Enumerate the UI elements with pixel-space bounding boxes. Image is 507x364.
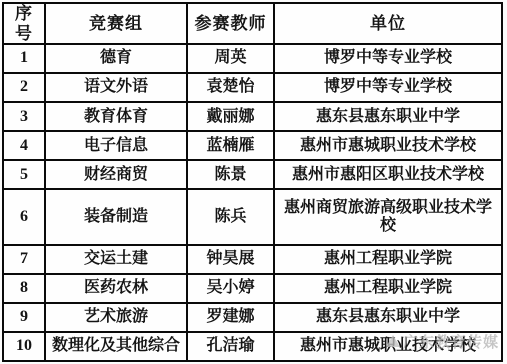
cell-seq: 9 [3, 303, 45, 332]
cell-unit: 惠州市惠阳区职业技术学校 [274, 160, 502, 189]
cell-unit: 惠东县惠东职业中学 [274, 303, 502, 332]
header-row: 序号竞赛组参赛教师单位 [3, 3, 502, 44]
cell-group: 教育体育 [45, 102, 187, 131]
cell-seq: 10 [3, 332, 45, 361]
cell-unit: 惠东县惠东职业中学 [274, 102, 502, 131]
table-row: 3教育体育戴丽娜惠东县惠东职业中学 [3, 102, 502, 131]
cell-seq: 6 [3, 189, 45, 244]
cell-teacher: 陈兵 [187, 189, 274, 244]
table-row: 8医药农林吴小婷惠州工程职业学院 [3, 274, 502, 303]
cell-unit: 博罗中等专业学校 [274, 44, 502, 73]
cell-teacher: 孔洁瑜 [187, 332, 274, 361]
cell-unit: 惠州商贸旅游高级职业技术学校 [274, 189, 502, 244]
table-row: 4电子信息蓝楠雁惠州市惠城职业技术学校 [3, 131, 502, 160]
cell-seq: 3 [3, 102, 45, 131]
cell-group: 德育 [45, 44, 187, 73]
cell-teacher: 周英 [187, 44, 274, 73]
column-header-teacher: 参赛教师 [187, 3, 274, 44]
cell-teacher: 蓝楠雁 [187, 131, 274, 160]
cell-seq: 7 [3, 245, 45, 274]
column-header-group: 竞赛组 [45, 3, 187, 44]
cell-unit: 惠州市惠城职业技术学校 [274, 131, 502, 160]
competition-results-table: 序号竞赛组参赛教师单位 1德育周英博罗中等专业学校2语文外语袁楚怡博罗中等专业学… [2, 2, 503, 362]
cell-group: 交运土建 [45, 245, 187, 274]
competition-results-page: 序号竞赛组参赛教师单位 1德育周英博罗中等专业学校2语文外语袁楚怡博罗中等专业学… [0, 0, 507, 364]
cell-group: 电子信息 [45, 131, 187, 160]
table-row: 7交运土建钟昊展惠州工程职业学院 [3, 245, 502, 274]
cell-group: 艺术旅游 [45, 303, 187, 332]
cell-unit: 博罗中等专业学校 [274, 73, 502, 102]
cell-teacher: 戴丽娜 [187, 102, 274, 131]
table-body: 1德育周英博罗中等专业学校2语文外语袁楚怡博罗中等专业学校3教育体育戴丽娜惠东县… [3, 44, 502, 361]
cell-seq: 1 [3, 44, 45, 73]
table-row: 2语文外语袁楚怡博罗中等专业学校 [3, 73, 502, 102]
table-row: 10数理化及其他综合孔洁瑜惠州市惠城职业技术学校 [3, 332, 502, 361]
cell-teacher: 吴小婷 [187, 274, 274, 303]
table-row: 1德育周英博罗中等专业学校 [3, 44, 502, 73]
cell-group: 医药农林 [45, 274, 187, 303]
cell-group: 语文外语 [45, 73, 187, 102]
cell-seq: 4 [3, 131, 45, 160]
cell-teacher: 袁楚怡 [187, 73, 274, 102]
cell-seq: 8 [3, 274, 45, 303]
column-header-unit: 单位 [274, 3, 502, 44]
cell-group: 数理化及其他综合 [45, 332, 187, 361]
cell-teacher: 陈景 [187, 160, 274, 189]
table-row: 6装备制造陈兵惠州商贸旅游高级职业技术学校 [3, 189, 502, 244]
cell-unit: 惠州工程职业学院 [274, 245, 502, 274]
cell-group: 财经商贸 [45, 160, 187, 189]
cell-unit: 惠州工程职业学院 [274, 274, 502, 303]
column-header-seq: 序号 [3, 3, 45, 44]
cell-seq: 2 [3, 73, 45, 102]
cell-teacher: 钟昊展 [187, 245, 274, 274]
table-row: 5财经商贸陈景惠州市惠阳区职业技术学校 [3, 160, 502, 189]
table-row: 9艺术旅游罗建娜惠东县惠东职业中学 [3, 303, 502, 332]
cell-unit: 惠州市惠城职业技术学校 [274, 332, 502, 361]
cell-group: 装备制造 [45, 189, 187, 244]
cell-teacher: 罗建娜 [187, 303, 274, 332]
cell-seq: 5 [3, 160, 45, 189]
